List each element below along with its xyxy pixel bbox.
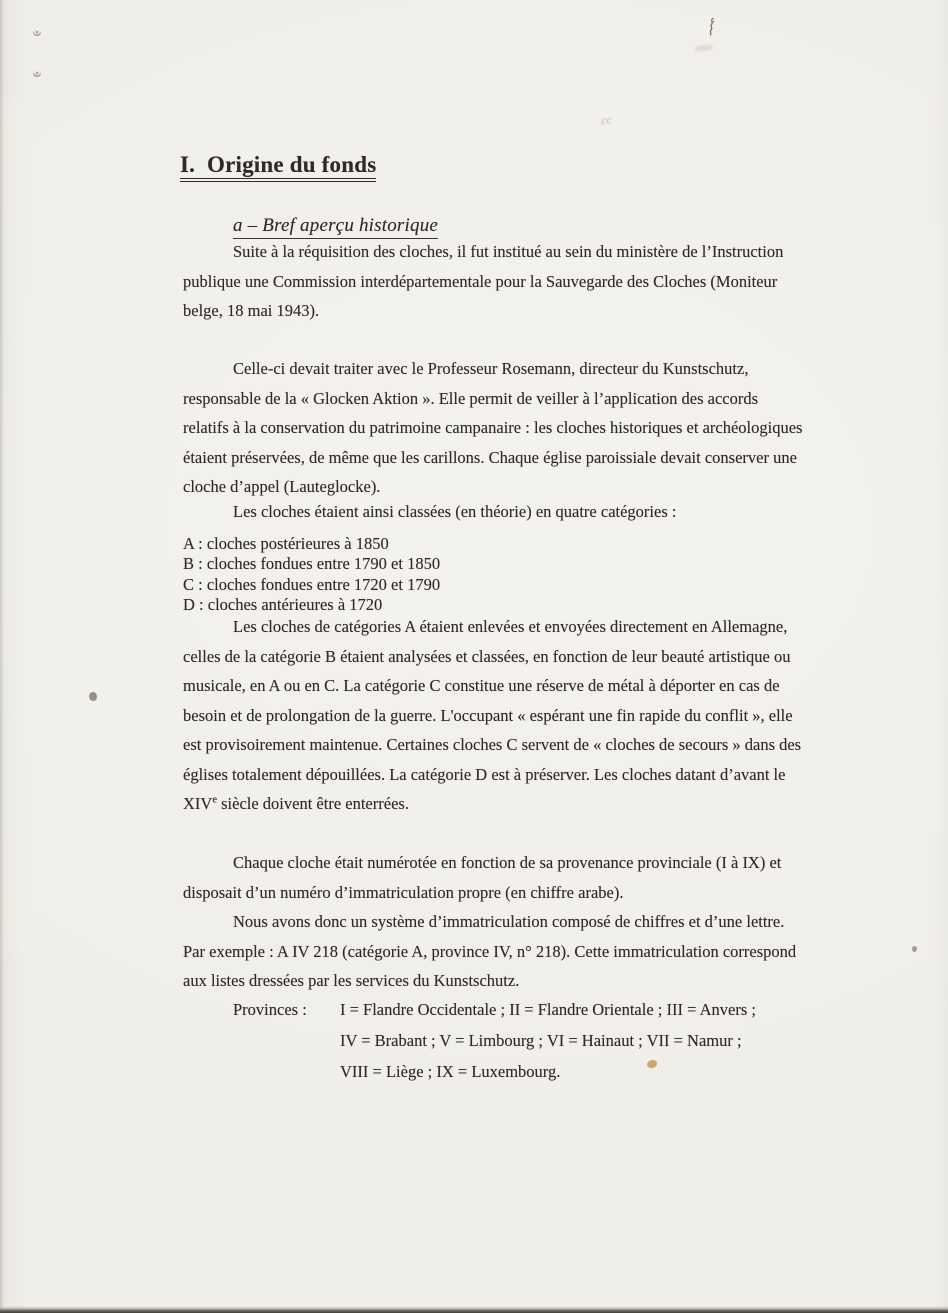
dot-fleck <box>36 31 38 33</box>
paragraph-line: besoin et de prolongation de la guerre. … <box>183 701 843 731</box>
line-remainder: siècle doivent être enterrées. <box>217 794 409 813</box>
paragraph-line: disposait d’un numéro d’immatriculation … <box>183 878 843 908</box>
section-heading-text: I. Origine du fonds <box>180 152 376 182</box>
subsection-heading-text: a – Bref aperçu historique <box>233 215 438 239</box>
paragraph-line: responsable de la « Glocken Aktion ». El… <box>183 384 843 414</box>
paragraph-categories-detail: Les cloches de catégories A étaient enle… <box>183 612 843 819</box>
category-item-b: B : cloches fondues entre 1790 et 1850 <box>183 554 843 574</box>
paragraph-line: publique une Commission interdépartement… <box>183 267 843 297</box>
paragraph-numbering: Chaque cloche était numérotée en fonctio… <box>183 848 843 907</box>
scan-left-edge-shadow <box>0 0 4 1313</box>
subsection-heading: a – Bref aperçu historique <box>233 213 438 239</box>
paragraph-line: musicale, en A ou en C. La catégorie C c… <box>183 671 843 701</box>
paragraph-line: étaient préservées, de même que les cari… <box>183 443 843 473</box>
paragraph-line-with-superscript: XIVe siècle doivent être enterrées. <box>183 789 843 819</box>
paragraph-line: est provisoirement maintenue. Certaines … <box>183 730 843 760</box>
section-heading: I. Origine du fonds <box>180 150 376 180</box>
paragraph-line: églises totalement dépouillées. La catég… <box>183 760 843 790</box>
margin-emboss-dot <box>33 30 41 36</box>
paragraph-line: relatifs à la conservation du patrimoine… <box>183 413 843 443</box>
paragraph-line: Celle-ci devait traiter avec le Professe… <box>183 354 843 384</box>
paragraph-line: celles de la catégorie B étaient analysé… <box>183 642 843 672</box>
scan-bottom-edge-shadow <box>0 1306 948 1313</box>
provinces-label: Provinces : <box>233 994 307 1025</box>
gray-smudge <box>695 44 714 52</box>
paragraph-line: Nous avons donc un système d’immatricula… <box>183 907 843 937</box>
provinces-line: I = Flandre Occidentale ; II = Flandre O… <box>340 994 880 1025</box>
paragraph-line: Les cloches étaient ainsi classées (en t… <box>183 497 843 527</box>
document-page: I. Origine du fonds a – Bref aperçu hist… <box>0 0 948 1313</box>
ink-speck-small <box>912 946 917 952</box>
categories-intro: Les cloches étaient ainsi classées (en t… <box>183 497 843 527</box>
paragraph-line: Les cloches de catégories A étaient enle… <box>183 612 843 642</box>
provinces-line: VIII = Liège ; IX = Luxembourg. <box>340 1056 880 1087</box>
roman-numeral: XIV <box>183 794 212 813</box>
paragraph-commission: Suite à la réquisition des cloches, il f… <box>183 237 843 326</box>
paragraph-line: Suite à la réquisition des cloches, il f… <box>183 237 843 267</box>
paragraph-line: Chaque cloche était numérotée en fonctio… <box>183 848 843 878</box>
paragraph-line: Par exemple : A IV 218 (catégorie A, pro… <box>183 937 843 967</box>
margin-emboss-dot <box>33 71 41 77</box>
provinces-line: IV = Brabant ; V = Limbourg ; VI = Haina… <box>340 1025 880 1056</box>
ink-speck <box>89 692 97 701</box>
faint-pencil-mark: cc <box>600 112 612 128</box>
category-item-c: C : cloches fondues entre 1720 et 1790 <box>183 575 843 595</box>
paragraph-kunstschutz: Celle-ci devait traiter avec le Professe… <box>183 354 843 502</box>
dot-fleck <box>36 72 38 74</box>
categories-list: A : cloches postérieures à 1850 B : cloc… <box>183 534 843 615</box>
paragraph-line: aux listes dressées par les services du … <box>183 966 843 996</box>
provinces-list: I = Flandre Occidentale ; II = Flandre O… <box>340 994 880 1087</box>
paragraph-immatriculation: Nous avons donc un système d’immatricula… <box>183 907 843 996</box>
category-item-a: A : cloches postérieures à 1850 <box>183 534 843 554</box>
pen-squiggle-mark <box>705 17 719 37</box>
paragraph-line: belge, 18 mai 1943). <box>183 296 843 326</box>
